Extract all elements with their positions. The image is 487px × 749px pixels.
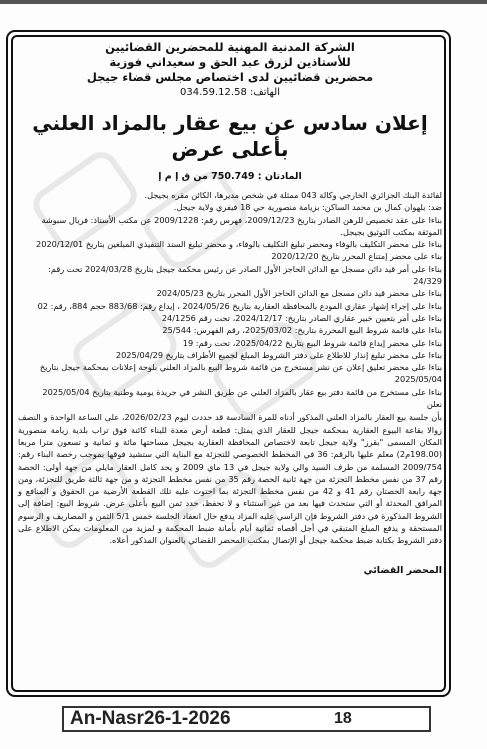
body-line: ضد: بلهوان كمال بن محمد الساكن: بزيامة م…	[18, 201, 442, 213]
firm-partners: للأستاذين لزرق عبد الحق و سعيداني فوزية	[18, 55, 442, 70]
legal-articles: المادتان : 750.749 من ق إ م إ	[18, 170, 442, 183]
body-line: لفائدة البنك الجزائري الخارجي وكالة 043 …	[18, 189, 442, 201]
sale-details-paragraph: بأن جلسة بيع العقار بالمزاد العلني المذك…	[18, 411, 442, 546]
body-line: بناء على محضر إمتناع المحرر بتاريخ 2020/…	[18, 250, 442, 262]
firm-jurisdiction: محضرين قضائيين لدى اختصاص مجلس قضاء جيجل	[18, 70, 442, 85]
body-line: بناءا على أمر قيد دائن مسجل مع الدائن ال…	[18, 263, 442, 288]
newspaper-footer: An-Nasr26-1-2026 18	[62, 706, 431, 732]
body-line: بناءا على أمر بتعيين خبير عقاري الصادر ب…	[18, 312, 442, 324]
newspaper-date: An-Nasr26-1-2026	[70, 708, 231, 730]
body-line: بناءا على قائمة شروط البيع المحررة بتاري…	[18, 324, 442, 336]
notice-content: الشركة المدنية المهنية للمحضرين القضائيي…	[18, 40, 442, 576]
body-line: بناءا على محضر قيد دائن مسجل مع الدائن ا…	[18, 287, 442, 299]
body-line: بناءا على محضر التكليف بالوفاء ومحضر تبل…	[18, 238, 442, 250]
body-line: بناءا على محضر إيداع قائمة شروط البيع بت…	[18, 337, 442, 349]
body-line: بناءا على مستخرج من قائمة دفتر بيع عقار …	[18, 386, 442, 398]
firm-phone: الهاتف: 034.59.12.58	[18, 86, 442, 100]
signature: المحضر القضائي	[18, 565, 442, 576]
body-line: بناءا على محضر تعليق إعلان عن نشر مستخرج…	[18, 361, 442, 386]
notice-body: لفائدة البنك الجزائري الخارجي وكالة 043 …	[18, 189, 442, 547]
page-number: 18	[334, 708, 352, 730]
body-line: بناءا على محضر تبليغ إنذار للاطلاع على د…	[18, 349, 442, 361]
page-top-rule	[0, 0, 487, 4]
firm-name: الشركة المدنية المهنية للمحضرين القضائيي…	[18, 40, 442, 55]
body-line: بناءا على عقد تخصيص للرهن الصادر بتاريخ …	[18, 214, 442, 239]
notice-title: إعلان سادس عن بيع عقار بالمزاد العلني بأ…	[18, 110, 442, 162]
body-line: بناءا على إجراء إشهار عقاري المودع بالمح…	[18, 300, 442, 312]
announce-label: نعلن	[18, 398, 442, 410]
